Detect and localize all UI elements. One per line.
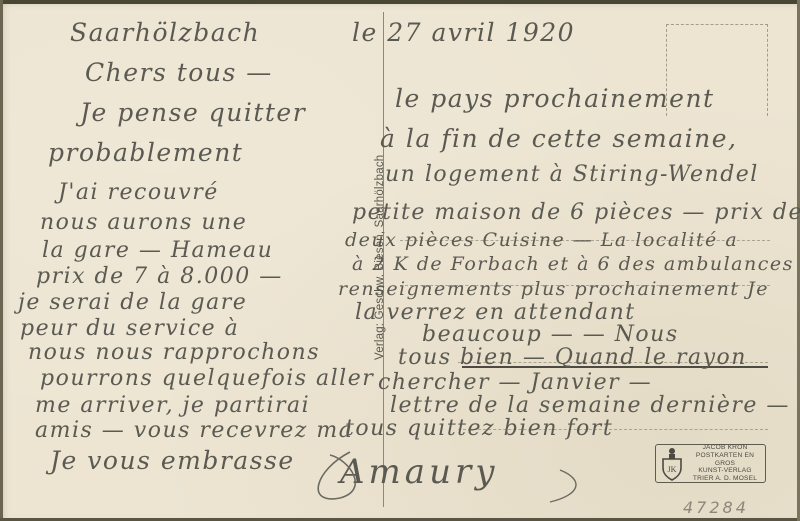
archive-number: 47284 — [683, 498, 749, 517]
letter-line: peur du service à — [20, 316, 239, 341]
letter-line: un logement à Stiring-Wendel — [385, 162, 759, 187]
letter-line: renseignements plus prochainement Je — [338, 278, 769, 300]
publisher-name: JACOB KRON — [685, 444, 765, 452]
scan-edge-top — [0, 0, 800, 4]
publisher-line-4: TRIER A. D. MOSEL — [685, 475, 765, 483]
letter-line: le pays prochainement — [395, 84, 715, 113]
publisher-line-2: POSTKARTEN EN GROS — [685, 452, 765, 468]
letter-line: tous quittez bien fort — [345, 416, 613, 441]
letter-line: nous nous rapprochons — [28, 340, 320, 365]
letter-line: amis — vous recevrez ma — [35, 418, 353, 443]
letter-line: beaucoup — — Nous — [422, 322, 679, 347]
letter-line: petite maison de 6 pièces — prix de — [352, 200, 800, 225]
handwritten-date: le 27 avril 1920 — [352, 18, 575, 47]
letter-line: Je vous embrasse — [50, 446, 295, 475]
handwritten-salutation: Chers tous — — [85, 58, 273, 87]
letter-line: chercher — Janvier — — [378, 370, 652, 395]
scan-edge-left — [0, 0, 3, 521]
letter-line: probablement — [48, 138, 243, 167]
publisher-stamp: JK JACOB KRON POSTKARTEN EN GROS KUNST-V… — [655, 444, 766, 483]
letter-line: Je pense quitter — [80, 98, 306, 127]
heraldic-shield-logo-icon: JK — [659, 446, 685, 481]
letter-line: pourrons quelquefois aller — [40, 366, 374, 391]
letter-line: nous aurons une — [40, 210, 247, 235]
letter-line: à la fin de cette semaine, — [380, 124, 737, 153]
letter-line: deux pièces Cuisine — La localité a — [345, 229, 738, 251]
letter-line: je serai de la gare — [18, 290, 247, 315]
handwritten-place: Saarhölzbach — [70, 18, 260, 47]
letter-line: à 2 K de Forbach et à 6 des ambulances — [352, 253, 794, 275]
letter-line: lettre de la semaine dernière — — [390, 393, 790, 418]
letter-line: me arriver, je partirai — [35, 393, 310, 418]
svg-text:JK: JK — [668, 465, 677, 474]
signature-flourish-icon — [310, 440, 610, 510]
postcard-reverse: Verlag: Geschw. Biesen, Saarhölzbach Saa… — [0, 0, 800, 521]
letter-line: la gare — Hameau — [42, 238, 273, 263]
letter-line: J'ai recouvré — [58, 180, 219, 205]
letter-line: tous bien — Quand le rayon — [398, 345, 747, 370]
letter-line: prix de 7 à 8.000 — — [36, 264, 283, 289]
publisher-line-3: KUNST-VERLAG — [685, 467, 765, 475]
